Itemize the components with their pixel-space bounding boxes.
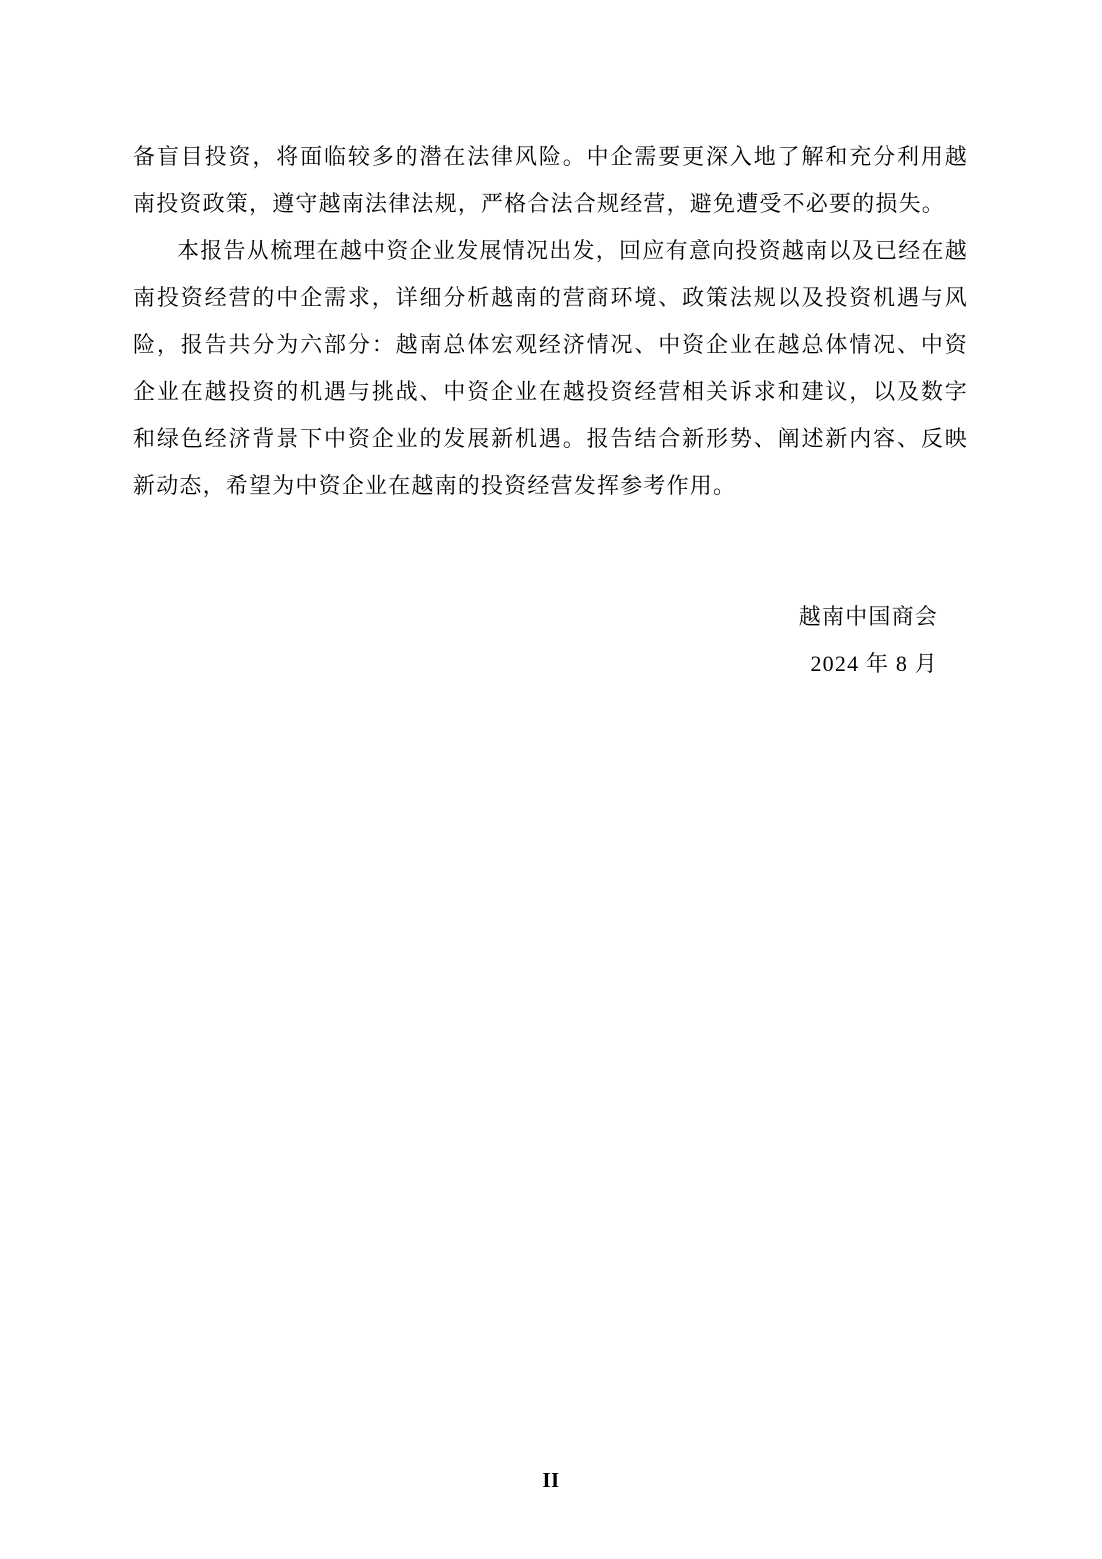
signature-date: 2024 年 8 月 (133, 640, 938, 687)
signature-organization: 越南中国商会 (133, 593, 938, 640)
page-number: II (0, 1468, 1102, 1493)
body-paragraph-continuation: 备盲目投资，将面临较多的潜在法律风险。中企需要更深入地了解和充分利用越南投资政策… (133, 133, 968, 227)
signature-block: 越南中国商会 2024 年 8 月 (133, 593, 968, 687)
body-paragraph-report-overview: 本报告从梳理在越中资企业发展情况出发，回应有意向投资越南以及已经在越南投资经营的… (133, 227, 968, 509)
document-page: 备盲目投资，将面临较多的潜在法律风险。中企需要更深入地了解和充分利用越南投资政策… (0, 0, 1102, 1559)
page-body: 备盲目投资，将面临较多的潜在法律风险。中企需要更深入地了解和充分利用越南投资政策… (133, 133, 968, 687)
